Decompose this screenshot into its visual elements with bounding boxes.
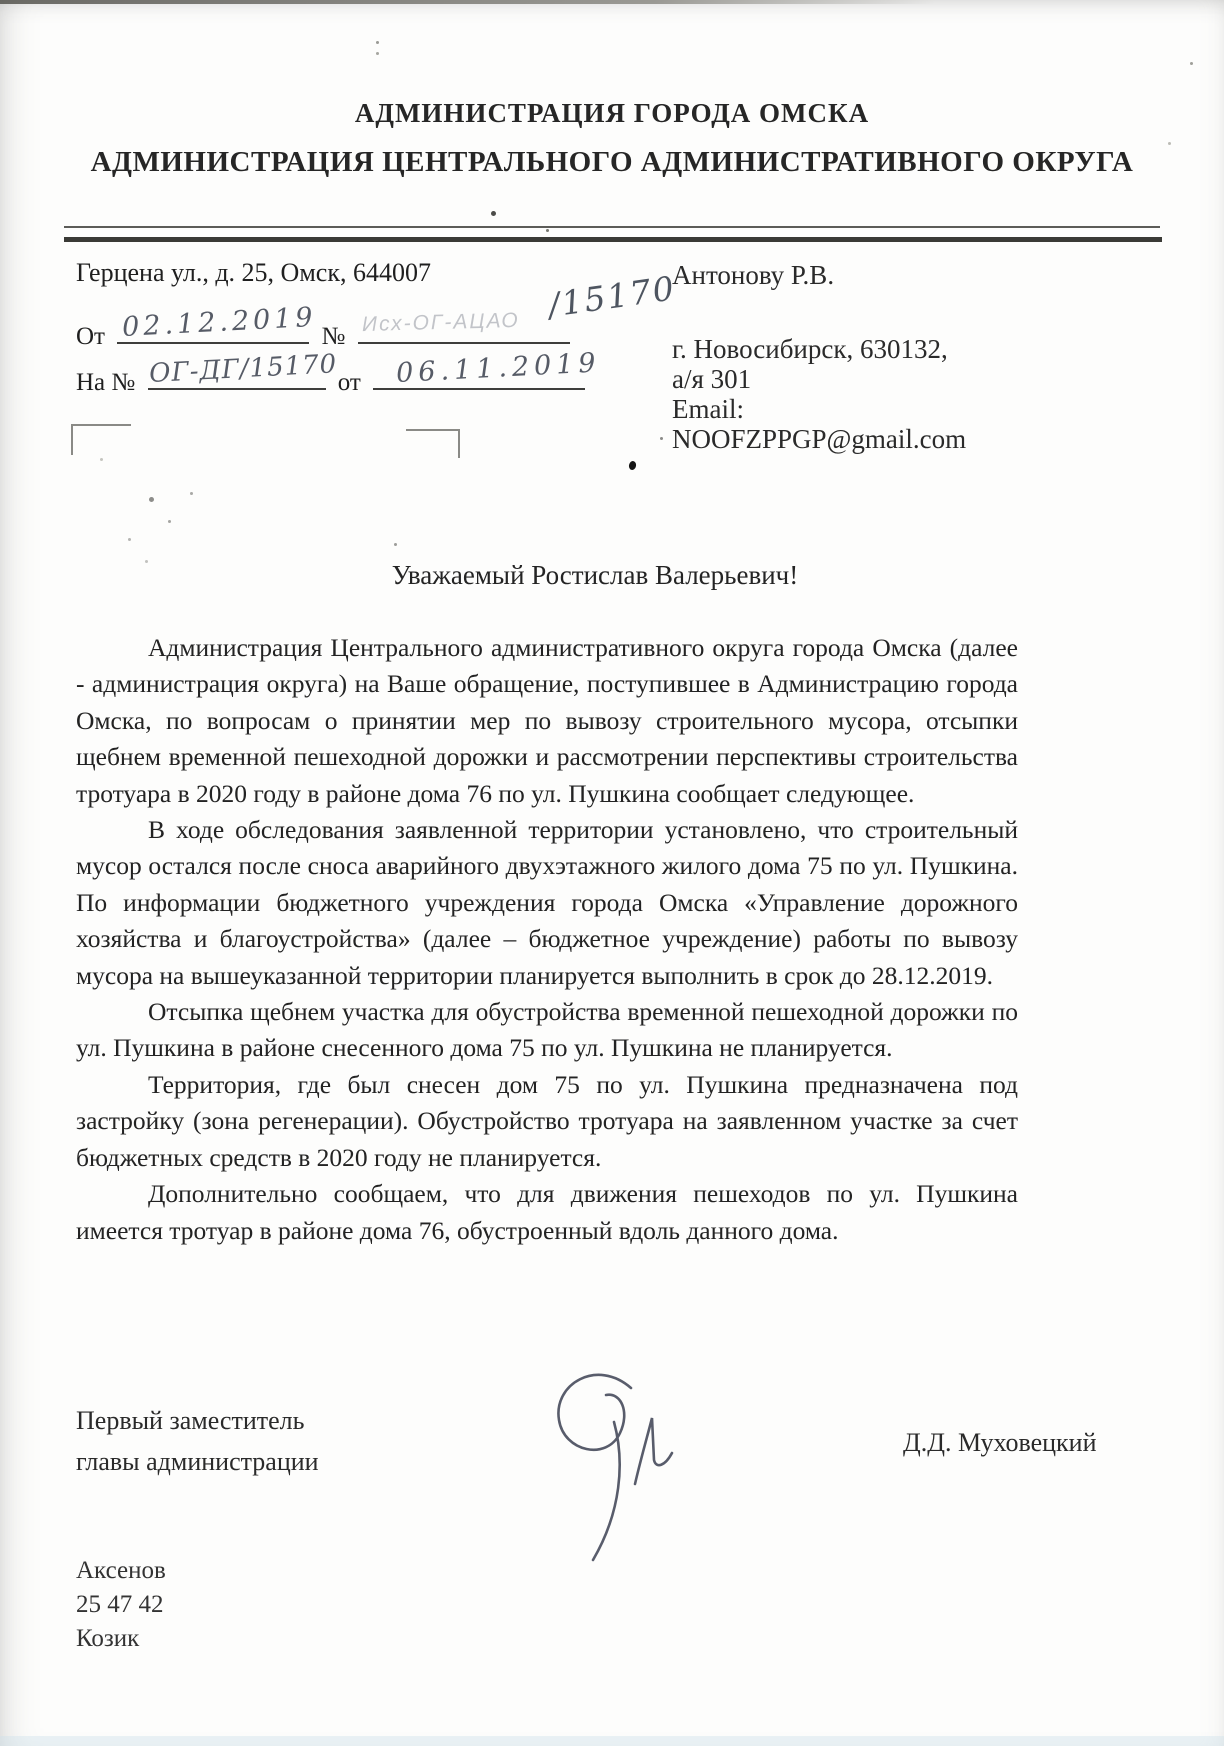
scan-edge-artifact: [0, 0, 935, 4]
letterhead-divider-thick: [64, 237, 1162, 242]
letterhead-line-1: АДМИНИСТРАЦИЯ ГОРОДА ОМСКА: [0, 98, 1224, 129]
executor-name: Козик: [76, 1622, 166, 1656]
letterhead-line-2: АДМИНИСТРАЦИЯ ЦЕНТРАЛЬНОГО АДМИНИСТРАТИВ…: [0, 146, 1224, 179]
address-corner-mark-left: [71, 424, 131, 455]
address-corner-mark-right: [406, 429, 460, 458]
email-label: Email:: [672, 394, 966, 424]
of-label: от: [338, 369, 361, 396]
outgoing-ref-row: От 02.12.2019 № Исх-ОГ-АЦАО: [76, 318, 576, 351]
reply-label: На №: [76, 369, 135, 396]
recipient-block: Антонову Р.В. г. Новосибирск, 630132, а/…: [672, 260, 966, 454]
incoming-number-handwritten: ОГ-ДГ/15170: [148, 349, 337, 389]
ink-dot-artifact: [628, 460, 637, 470]
outgoing-number-handwritten: /15170: [546, 268, 678, 324]
body-paragraph: Территория, где был снесен дом 75 по ул.…: [76, 1067, 1018, 1176]
recipient-po-box: а/я 301: [672, 364, 966, 394]
email-value: NOOFZPPGP@gmail.com: [672, 424, 966, 454]
letterhead-divider-thin: [64, 226, 1160, 228]
letterhead: АДМИНИСТРАЦИЯ ГОРОДА ОМСКА АДМИНИСТРАЦИЯ…: [0, 98, 1224, 179]
from-label: От: [76, 323, 105, 350]
body-paragraph: В ходе обследования заявленной территори…: [76, 812, 1018, 994]
executor-phone: 25 47 42: [76, 1588, 166, 1622]
signer-position-line-2: главы администрации: [76, 1441, 319, 1482]
outgoing-date-blank: 02.12.2019: [117, 318, 309, 344]
handwritten-signature: [535, 1362, 715, 1567]
recipient-city: г. Новосибирск, 630132,: [672, 334, 966, 364]
outgoing-date-handwritten: 02.12.2019: [122, 302, 318, 343]
signer-name: Д.Д. Муховецкий: [903, 1428, 1097, 1458]
executor-contact-name: Аксенов: [76, 1554, 166, 1588]
recipient-name: Антонову Р.В.: [672, 260, 966, 290]
signer-position-line-1: Первый заместитель: [76, 1400, 319, 1441]
scanned-letter-page: АДМИНИСТРАЦИЯ ГОРОДА ОМСКА АДМИНИСТРАЦИЯ…: [0, 0, 1224, 1746]
incoming-ref-row: На № ОГ-ДГ/15170 от 06.11.2019: [76, 364, 591, 397]
sender-address: Герцена ул., д. 25, Омск, 644007: [76, 258, 431, 288]
letter-body: Администрация Центрального административ…: [76, 630, 1018, 1249]
scan-specks-artifact: [0, 0, 3, 3]
body-paragraph: Администрация Центрального административ…: [76, 630, 1018, 812]
salutation: Уважаемый Ростислав Валерьевич!: [0, 560, 1190, 591]
body-paragraph: Дополнительно сообщаем, что для движения…: [76, 1176, 1018, 1249]
incoming-date-handwritten: 06.11.2019: [396, 347, 602, 389]
registration-stamp: Исх-ОГ-АЦАО: [361, 309, 519, 337]
incoming-number-blank: ОГ-ДГ/15170: [148, 364, 326, 390]
signer-position: Первый заместитель главы администрации: [76, 1400, 319, 1482]
number-label: №: [321, 323, 345, 350]
incoming-date-blank: 06.11.2019: [373, 364, 585, 390]
body-paragraph: Отсыпка щебнем участка для обустройства …: [76, 994, 1018, 1067]
outgoing-number-blank: Исх-ОГ-АЦАО: [358, 318, 570, 344]
executor-block: Аксенов 25 47 42 Козик: [76, 1554, 166, 1656]
